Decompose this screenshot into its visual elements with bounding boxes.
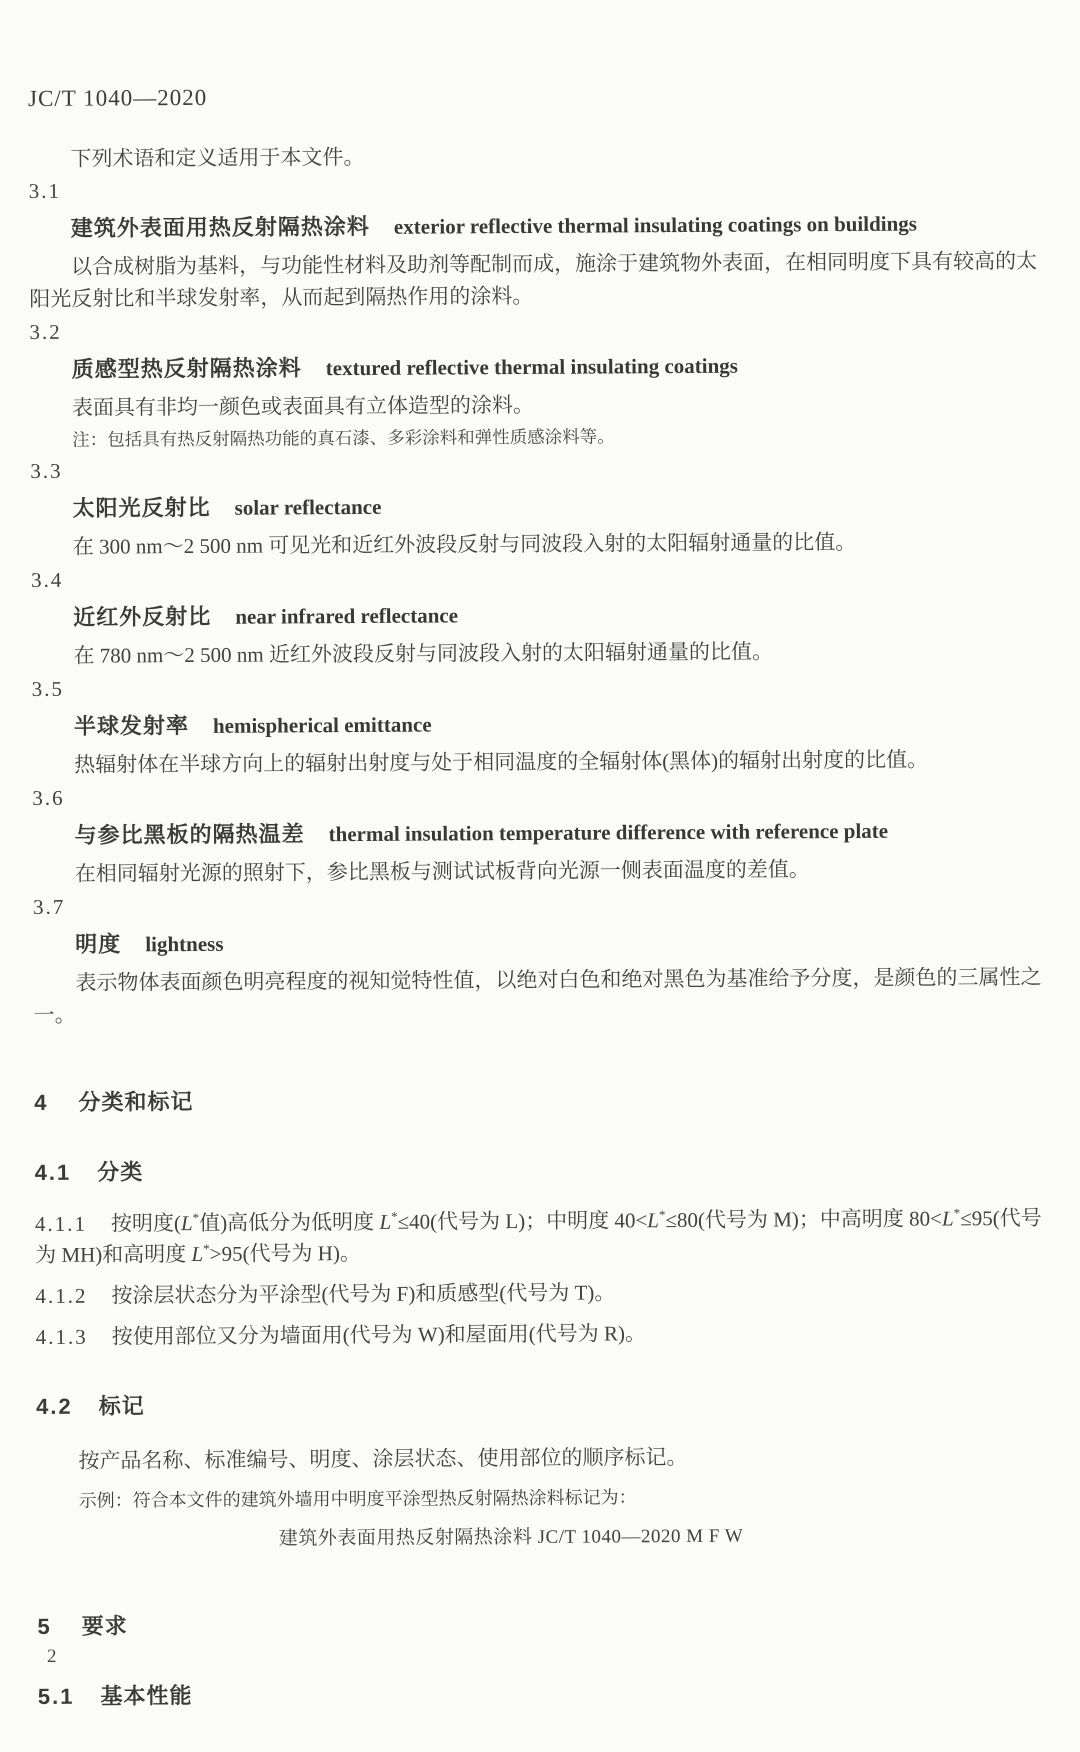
- section-4-heading: 4分类和标记: [34, 1081, 1048, 1119]
- clause-number: 4.1.3: [36, 1325, 88, 1349]
- term-number: 3.1: [29, 170, 1043, 206]
- section-title: 标记: [99, 1393, 145, 1418]
- term-definition: 在 300 nm～2 500 nm 可见光和近红外波段反射与同波段入射的太阳辐射…: [31, 525, 1045, 563]
- term-name-en: hemispherical emittance: [213, 713, 432, 738]
- section-4-1-heading: 4.1分类: [35, 1151, 1049, 1189]
- term-number: 3.3: [30, 450, 1044, 486]
- term-number: 3.4: [31, 559, 1045, 595]
- clause-text-segment: >95(代号为 H)。: [210, 1241, 361, 1266]
- term-name-en: thermal insulation temperature differenc…: [329, 819, 889, 846]
- term-name-zh: 与参比黑板的隔热温差: [75, 821, 305, 847]
- term-number: 3.2: [29, 311, 1043, 347]
- term-block-3-6: 3.6 与参比黑板的隔热温差 thermal insulation temper…: [32, 777, 1047, 890]
- term-name: 建筑外表面用热反射隔热涂料 exterior reflective therma…: [71, 206, 1043, 249]
- clause-text-segment: ≤80(代号为 M)；中高明度 80<: [665, 1206, 942, 1232]
- lightness-variable: L: [379, 1210, 391, 1234]
- term-block-3-4: 3.4 近红外反射比 near infrared reflectance 在 7…: [31, 559, 1046, 672]
- term-name-en: textured reflective thermal insulating c…: [326, 354, 738, 381]
- term-definition: 表示物体表面颜色明亮程度的视知觉特性值，以绝对白色和绝对黑色为基准给予分度，是颜…: [33, 961, 1047, 1031]
- term-name-en: solar reflectance: [235, 495, 382, 520]
- section-title: 基本性能: [100, 1683, 192, 1709]
- term-name-zh: 半球发射率: [74, 713, 189, 739]
- term-name-en: lightness: [145, 932, 223, 956]
- term-name: 半球发射率 hemispherical emittance: [74, 704, 1046, 747]
- marking-rule-paragraph: 按产品名称、标准编号、明度、涂层状态、使用部位的顺序标记。: [36, 1439, 1050, 1477]
- term-block-3-5: 3.5 半球发射率 hemispherical emittance 热辐射体在半…: [32, 668, 1047, 781]
- clause-text-segment: ≤40(代号为 L)；中明度 40<: [398, 1208, 648, 1234]
- section-5-heading: 5要求: [37, 1605, 1051, 1643]
- standard-code-header: JC/T 1040—2020: [28, 78, 1042, 114]
- section-4-2-heading: 4.2标记: [36, 1385, 1050, 1423]
- term-name-zh: 近红外反射比: [73, 604, 211, 630]
- lightness-variable: L: [181, 1211, 193, 1235]
- lightness-variable: L: [647, 1208, 659, 1232]
- term-name: 质感型热反射隔热涂料 textured reflective thermal i…: [72, 347, 1044, 390]
- term-name-zh: 太阳光反射比: [73, 495, 211, 521]
- section-title: 分类: [97, 1159, 143, 1184]
- term-name: 近红外反射比 near infrared reflectance: [73, 595, 1045, 638]
- term-name: 太阳光反射比 solar reflectance: [72, 486, 1044, 529]
- section-title: 要求: [82, 1613, 128, 1638]
- term-name-en: exterior reflective thermal insulating c…: [394, 212, 917, 239]
- section-number: 4.1: [35, 1160, 72, 1185]
- page-number: 2: [47, 1646, 57, 1668]
- clause-text: 按涂层状态分为平涂型(代号为 F)和质感型(代号为 T)。: [111, 1280, 615, 1307]
- document-page: JC/T 1040—2020 下列术语和定义适用于本文件。 3.1 建筑外表面用…: [0, 0, 1080, 1752]
- terms-intro-sentence: 下列术语和定义适用于本文件。: [28, 138, 1042, 174]
- term-definition: 在相同辐射光源的照射下，参比黑板与测试试板背向光源一侧表面温度的差值。: [33, 852, 1047, 890]
- section-5-1-heading: 5.1基本性能: [38, 1675, 1052, 1713]
- section-number: 4: [34, 1090, 48, 1115]
- clause-4-1-2: 4.1.2按涂层状态分为平涂型(代号为 F)和质感型(代号为 T)。: [35, 1275, 1049, 1312]
- section-title: 分类和标记: [78, 1089, 193, 1115]
- lightness-variable: L: [942, 1206, 954, 1230]
- term-name-zh: 质感型热反射隔热涂料: [72, 355, 302, 381]
- term-definition: 以合成树脂为基料，与功能性材料及助剂等配制而成，施涂于建筑物外表面，在相同明度下…: [29, 245, 1043, 315]
- clause-text-segment: 值)高低分为低明度: [199, 1210, 379, 1235]
- section-number: 5: [37, 1614, 51, 1639]
- term-block-3-2: 3.2 质感型热反射隔热涂料 textured reflective therm…: [29, 311, 1044, 454]
- section-number: 5.1: [38, 1684, 75, 1709]
- term-number: 3.7: [33, 886, 1047, 922]
- example-designation: 建筑外表面用热反射隔热涂料 JC/T 1040—2020 M F W: [279, 1521, 1051, 1554]
- clause-text-segment: 按明度(: [111, 1211, 181, 1235]
- clause-text: 按使用部位又分为墙面用(代号为 W)和屋面用(代号为 R)。: [112, 1321, 646, 1348]
- term-name: 明度 lightness: [75, 922, 1047, 965]
- clause-4-1-3: 4.1.3按使用部位又分为墙面用(代号为 W)和屋面用(代号为 R)。: [36, 1316, 1050, 1353]
- clause-4-1-1: 4.1.1按明度(L*值)高低分为低明度 L*≤40(代号为 L)；中明度 40…: [35, 1203, 1049, 1271]
- term-block-3-7: 3.7 明度 lightness 表示物体表面颜色明亮程度的视知觉特性值，以绝对…: [33, 886, 1048, 1031]
- term-block-3-1: 3.1 建筑外表面用热反射隔热涂料 exterior reflective th…: [29, 170, 1044, 315]
- clause-number: 4.1.2: [35, 1284, 87, 1308]
- term-definition: 热辐射体在半球方向上的辐射出射度与处于相同温度的全辐射体(黑体)的辐射出射度的比…: [32, 743, 1046, 781]
- page-content: JC/T 1040—2020 下列术语和定义适用于本文件。 3.1 建筑外表面用…: [28, 78, 1052, 1713]
- term-definition: 在 780 nm～2 500 nm 近红外波段反射与同波段入射的太阳辐射通量的比…: [31, 634, 1045, 672]
- term-block-3-3: 3.3 太阳光反射比 solar reflectance 在 300 nm～2 …: [30, 450, 1045, 563]
- term-name-en: near infrared reflectance: [235, 603, 458, 628]
- term-number: 3.5: [32, 668, 1046, 704]
- term-name-zh: 建筑外表面用热反射隔热涂料: [71, 214, 370, 241]
- lightness-variable: L: [191, 1242, 203, 1266]
- term-name: 与参比黑板的隔热温差 thermal insulation temperatur…: [74, 813, 1046, 856]
- section-number: 4.2: [36, 1394, 73, 1419]
- term-definition: 表面具有非均一颜色或表面具有立体造型的涂料。: [30, 386, 1044, 424]
- term-number: 3.6: [32, 777, 1046, 813]
- term-name-zh: 明度: [75, 931, 121, 956]
- clause-number: 4.1.1: [35, 1212, 87, 1236]
- example-intro: 示例：符合本文件的建筑外墙用中明度平涂型热反射隔热涂料标记为：: [79, 1481, 1051, 1515]
- term-note: 注：包括具有热反射隔热功能的真石漆、多彩涂料和弹性质感涂料等。: [72, 421, 1044, 454]
